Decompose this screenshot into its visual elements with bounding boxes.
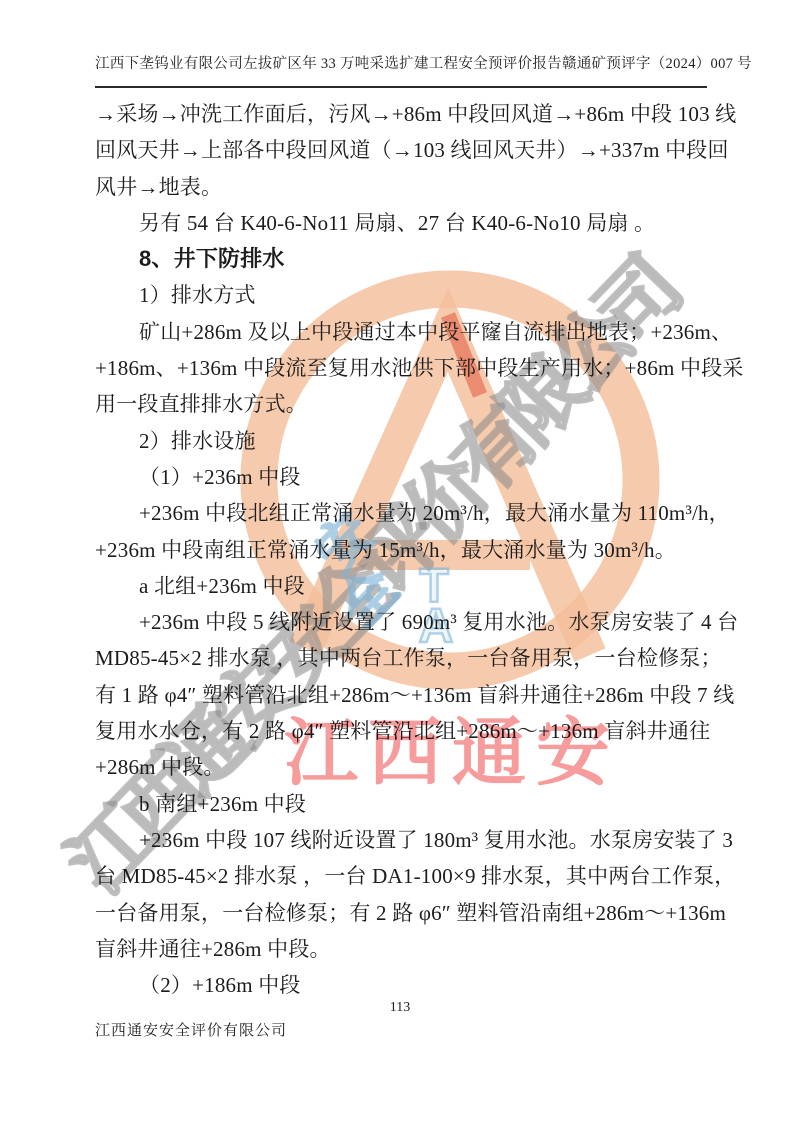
- red-stamp: 江西通安: [284, 714, 620, 794]
- body-text-line: 回风天井→上部各中段回风道（→103 线回风天井）→+337m 中段回: [95, 132, 709, 168]
- body-text-line: 8、井下防排水: [95, 241, 709, 277]
- body-text-line: 1）排水方式: [95, 277, 709, 313]
- body-text-line: +236m 中段 5 线附近设置了 690m³ 复用水池。水泵房安装了 4 台: [95, 604, 709, 640]
- body-text-line: 用一段直排排水方式。: [95, 386, 709, 422]
- body-text-line: 台 MD85-45×2 排水泵 ，一台 DA1-100×9 排水泵，其中两台工作…: [95, 858, 709, 894]
- body-text-line: +186m、+136m 中段流至复用水池供下部中段生产用水；+86m 中段采: [95, 350, 709, 386]
- footer-company-name: 江西通安安全评价有限公司: [95, 1019, 287, 1040]
- body-text-line: +236m 中段北组正常涌水量为 20m³/h，最大涌水量为 110m³/h，: [95, 495, 709, 531]
- body-text-line: a 北组+236m 中段: [95, 568, 709, 604]
- document-body: →采场→冲洗工作面后，污风→+86m 中段回风道→+86m 中段 103 线回风…: [95, 96, 709, 1003]
- body-text-line: 风井→地表。: [95, 169, 709, 205]
- body-text-line: 另有 54 台 K40-6-No11 局扇、27 台 K40-6-No10 局扇…: [95, 205, 709, 241]
- body-text-line: MD85-45×2 排水泵 ，其中两台工作泵，一台备用泵，一台检修泵；: [95, 640, 709, 676]
- document-page: 江西通安安全评价有限公司 安全TA 江西下垄钨业有限公司左拔矿区年 33 万吨采…: [0, 0, 800, 1131]
- body-text-line: 有 1 路 φ4″ 塑料管沿北组+286m～+136m 盲斜井通往+286m 中…: [95, 677, 709, 713]
- page-number: 113: [0, 1000, 800, 1016]
- body-text-line: 盲斜井通往+286m 中段。: [95, 931, 709, 967]
- body-text-line: （2）+186m 中段: [95, 967, 709, 1003]
- body-text-line: +236m 中段南组正常涌水量为 15m³/h，最大涌水量为 30m³/h。: [95, 532, 709, 568]
- body-text-line: 2）排水设施: [95, 423, 709, 459]
- body-text-line: →采场→冲洗工作面后，污风→+86m 中段回风道→+86m 中段 103 线: [95, 96, 709, 132]
- body-text-line: （1）+236m 中段: [95, 459, 709, 495]
- header-report-title: 江西下垄钨业有限公司左拔矿区年 33 万吨采选扩建工程安全预评价报告: [95, 52, 562, 73]
- body-text-line: 矿山+286m 及以上中段通过本中段平窿自流排出地表；+236m、: [95, 314, 709, 350]
- header-doc-number: 赣通矿预评字（2024）007 号: [562, 52, 752, 73]
- page-header: 江西下垄钨业有限公司左拔矿区年 33 万吨采选扩建工程安全预评价报告 赣通矿预评…: [95, 52, 707, 88]
- body-text-line: +236m 中段 107 线附近设置了 180m³ 复用水池。水泵房安装了 3: [95, 822, 709, 858]
- body-text-line: 一台备用泵，一台检修泵；有 2 路 φ6″ 塑料管沿南组+286m～+136m: [95, 895, 709, 931]
